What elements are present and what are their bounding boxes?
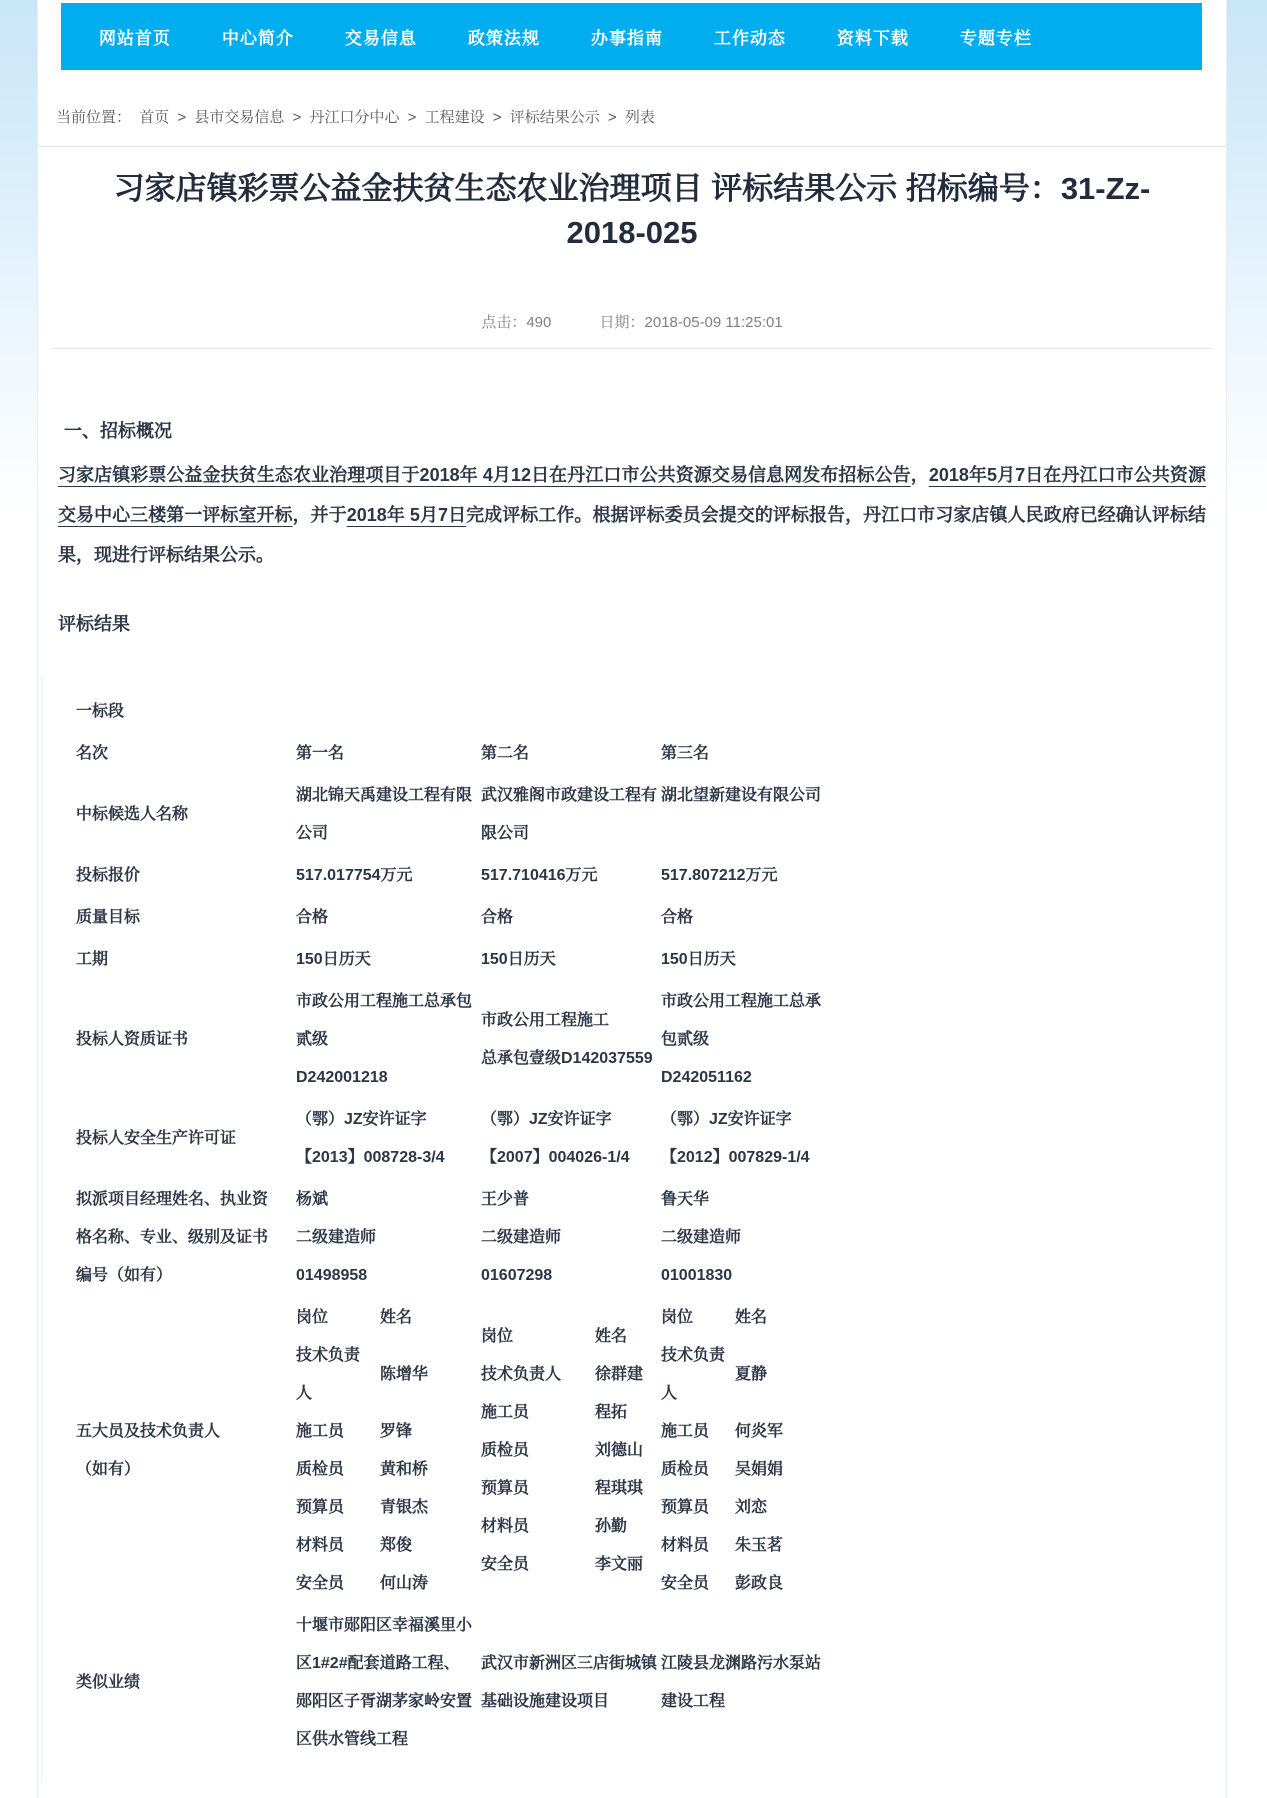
staff-column-1: 岗位 姓名 技术负责人 陈增华 施工员 罗锋 质检员 黄和桥 预算员 青银杰 <box>296 1299 481 1603</box>
staff-post: 质检员 <box>481 1432 579 1470</box>
staff-post-header: 岗位 <box>481 1318 579 1356</box>
tender-overview-paragraph: 习家店镇彩票公益金扶贫生态农业治理项目于2018年 4月12日在丹江口市公共资源… <box>58 455 1206 575</box>
manager-3: 鲁天华 二级建造师 01001830 <box>661 1181 1216 1295</box>
staff-post: 技术负责人 <box>661 1337 727 1413</box>
staff-post: 施工员 <box>661 1413 727 1451</box>
staff-header: 岗位 姓名 <box>661 1299 1216 1337</box>
paragraph-underlined-segment: 习家店镇彩票公益金扶贫生态农业治理项目于2018年 4月12日在丹江口市公共资源… <box>58 465 911 485</box>
staff-name: 吴娟娟 <box>735 1451 783 1489</box>
article-body: 一、招标概况 习家店镇彩票公益金扶贫生态农业治理项目于2018年 4月12日在丹… <box>38 417 1226 639</box>
staff-post-header: 岗位 <box>661 1299 727 1337</box>
table-row-safety-license: 投标人安全生产许可证 （鄂）JZ安许证字 【2013】008728-3/4 （鄂… <box>76 1101 1216 1177</box>
staff-row: 预算员 青银杰 <box>296 1489 481 1527</box>
staff-post: 材料员 <box>661 1527 727 1565</box>
nav-item-work-news[interactable]: 工作动态 <box>714 24 786 49</box>
staff-row: 施工员 程拓 <box>481 1394 661 1432</box>
page-title: 习家店镇彩票公益金扶贫生态农业治理项目 评标结果公示 招标编号：31-Zz-20… <box>102 167 1162 255</box>
staff-name: 徐群建 <box>595 1356 643 1394</box>
staff-name: 陈增华 <box>380 1356 428 1394</box>
breadcrumb-link-evaluation-results[interactable]: 评标结果公示 <box>510 109 600 126</box>
article-meta: 点击：490 日期：2018-05-09 11:25:01 <box>38 311 1226 332</box>
breadcrumb: 当前位置： 首页 > 县市交易信息 > 丹江口分中心 > 工程建设 > 评标结果… <box>38 70 1226 147</box>
section-label: 一标段 <box>76 693 296 731</box>
top-nav: 网站首页 中心简介 交易信息 政策法规 办事指南 工作动态 资料下载 专题专栏 <box>61 3 1202 70</box>
staff-row: 施工员 何炎军 <box>661 1413 1216 1451</box>
quality-3: 合格 <box>661 899 1216 937</box>
table-row-bid-price: 投标报价 517.017754万元 517.710416万元 517.80721… <box>76 857 1216 895</box>
staff-name: 青银杰 <box>380 1489 428 1527</box>
quality-2: 合格 <box>481 899 661 937</box>
staff-post: 安全员 <box>296 1565 366 1603</box>
qualification-1: 市政公用工程施工总承包 贰级 D242001218 <box>296 983 481 1097</box>
rank-second: 第二名 <box>481 735 661 773</box>
breadcrumb-separator: > <box>408 109 417 126</box>
staff-row: 材料员 朱玉茗 <box>661 1527 1216 1565</box>
quality-1: 合格 <box>296 899 481 937</box>
duration-1: 150日历天 <box>296 941 481 979</box>
staff-row: 安全员 何山涛 <box>296 1565 481 1603</box>
qualification-3: 市政公用工程施工总承 包贰级 D242051162 <box>661 983 1216 1097</box>
staff-row: 安全员 彭政良 <box>661 1565 1216 1603</box>
meta-divider <box>52 348 1212 349</box>
staff-name: 罗锋 <box>380 1413 412 1451</box>
staff-post: 技术负责人 <box>481 1356 579 1394</box>
row-label: 五大员及技术负责人 （如有） <box>76 1413 296 1489</box>
staff-row: 材料员 郑俊 <box>296 1527 481 1565</box>
staff-row: 质检员 黄和桥 <box>296 1451 481 1489</box>
row-label: 类似业绩 <box>76 1664 296 1702</box>
staff-post: 施工员 <box>481 1394 579 1432</box>
breadcrumb-link-list[interactable]: 列表 <box>625 109 655 126</box>
staff-post: 技术负责人 <box>296 1337 366 1413</box>
row-label: 拟派项目经理姓名、执业资 格名称、专业、级别及证书 编号（如有） <box>76 1181 296 1295</box>
bid-price-1: 517.017754万元 <box>296 857 481 895</box>
table-row-quality-target: 质量目标 合格 合格 合格 <box>76 899 1216 937</box>
staff-name-header: 姓名 <box>595 1318 627 1356</box>
bid-price-3: 517.807212万元 <box>661 857 1216 895</box>
safety-license-1: （鄂）JZ安许证字 【2013】008728-3/4 <box>296 1101 481 1177</box>
staff-post: 安全员 <box>481 1546 579 1584</box>
table-row-similar-performance: 类似业绩 十堰市郧阳区幸福溪里小 区1#2#配套道路工程、 郧阳区子胥湖茅家岭安… <box>76 1607 1216 1759</box>
nav-item-policies[interactable]: 政策法规 <box>468 24 540 49</box>
paragraph-text: ， <box>911 465 929 485</box>
nav-item-service-guide[interactable]: 办事指南 <box>591 24 663 49</box>
breadcrumb-separator: > <box>177 109 186 126</box>
manager-2: 王少普 二级建造师 01607298 <box>481 1181 661 1295</box>
candidate-3: 湖北望新建设有限公司 <box>661 777 1216 815</box>
staff-name: 李文丽 <box>595 1546 643 1584</box>
staff-name: 朱玉茗 <box>735 1527 783 1565</box>
meta-date: 日期：2018-05-09 11:25:01 <box>600 314 783 331</box>
safety-license-3: （鄂）JZ安许证字 【2012】007829-1/4 <box>661 1101 1216 1177</box>
nav-item-downloads[interactable]: 资料下载 <box>837 24 909 49</box>
staff-name: 刘恋 <box>735 1489 767 1527</box>
staff-name: 彭政良 <box>735 1565 783 1603</box>
staff-name: 刘德山 <box>595 1432 643 1470</box>
performance-2: 武汉市新洲区三店街城镇 基础设施建设项目 <box>481 1645 661 1721</box>
staff-post: 材料员 <box>481 1508 579 1546</box>
staff-row: 预算员 刘恋 <box>661 1489 1216 1527</box>
breadcrumb-prefix: 当前位置： <box>56 109 131 126</box>
staff-post: 预算员 <box>296 1489 366 1527</box>
row-label: 名次 <box>76 735 296 773</box>
staff-row: 技术负责人 陈增华 <box>296 1337 481 1413</box>
performance-1: 十堰市郧阳区幸福溪里小 区1#2#配套道路工程、 郧阳区子胥湖茅家岭安置 区供水… <box>296 1607 481 1759</box>
nav-item-home[interactable]: 网站首页 <box>99 24 171 49</box>
paragraph-underlined-segment: 2018年 5月7日 <box>347 505 466 525</box>
nav-item-center-intro[interactable]: 中心简介 <box>222 24 294 49</box>
nav-item-trade-info[interactable]: 交易信息 <box>345 24 417 49</box>
nav-item-special-columns[interactable]: 专题专栏 <box>960 24 1032 49</box>
staff-post: 质检员 <box>296 1451 366 1489</box>
staff-post: 预算员 <box>481 1470 579 1508</box>
manager-1: 杨斌 二级建造师 01498958 <box>296 1181 481 1295</box>
staff-column-3: 岗位 姓名 技术负责人 夏静 施工员 何炎军 质检员 吴娟娟 预算员 刘恋 <box>661 1299 1216 1603</box>
row-label: 投标人安全生产许可证 <box>76 1120 296 1158</box>
candidate-2: 武汉雅阁市政建设工程有 限公司 <box>481 777 661 853</box>
staff-post: 质检员 <box>661 1451 727 1489</box>
staff-name: 黄和桥 <box>380 1451 428 1489</box>
staff-name-header: 姓名 <box>735 1299 767 1337</box>
staff-row: 技术负责人 夏静 <box>661 1337 1216 1413</box>
rank-third: 第三名 <box>661 735 1216 773</box>
row-label: 中标候选人名称 <box>76 796 296 834</box>
staff-name: 程拓 <box>595 1394 627 1432</box>
staff-row: 质检员 吴娟娟 <box>661 1451 1216 1489</box>
row-label: 投标人资质证书 <box>76 1021 296 1059</box>
section-heading-overview: 一、招标概况 <box>58 417 1206 445</box>
staff-name: 郑俊 <box>380 1527 412 1565</box>
staff-row: 技术负责人 徐群建 <box>481 1356 661 1394</box>
results-table: 一标段 名次 第一名 第二名 第三名 中标候选人名称 湖北锦天禹建设工程有限 公… <box>41 677 1226 1783</box>
breadcrumb-separator: > <box>608 109 617 126</box>
breadcrumb-link-danjiangkou-branch[interactable]: 丹江口分中心 <box>309 109 399 126</box>
row-label: 质量目标 <box>76 899 296 937</box>
staff-post: 材料员 <box>296 1527 366 1565</box>
staff-post: 施工员 <box>296 1413 366 1451</box>
staff-header: 岗位 姓名 <box>296 1299 481 1337</box>
staff-name-header: 姓名 <box>380 1299 412 1337</box>
staff-column-2: 岗位 姓名 技术负责人 徐群建 施工员 程拓 质检员 刘德山 预算员 程琪琪 <box>481 1318 661 1584</box>
table-row-project-manager: 拟派项目经理姓名、执业资 格名称、专业、级别及证书 编号（如有） 杨斌 二级建造… <box>76 1181 1216 1295</box>
staff-post-header: 岗位 <box>296 1299 366 1337</box>
qualification-2: 市政公用工程施工 总承包壹级D142037559 <box>481 1002 661 1078</box>
performance-3: 江陵县龙渊路污水泵站 建设工程 <box>661 1645 1216 1721</box>
rank-first: 第一名 <box>296 735 481 773</box>
table-row-key-staff: 五大员及技术负责人 （如有） 岗位 姓名 技术负责人 陈增华 施工员 罗锋 质检… <box>76 1299 1216 1603</box>
safety-license-2: （鄂）JZ安许证字 【2007】004026-1/4 <box>481 1101 661 1177</box>
paragraph-text: ，并于 <box>293 505 347 525</box>
staff-row: 质检员 刘德山 <box>481 1432 661 1470</box>
breadcrumb-separator: > <box>293 109 302 126</box>
staff-post: 安全员 <box>661 1565 727 1603</box>
staff-row: 预算员 程琪琪 <box>481 1470 661 1508</box>
staff-name: 何炎军 <box>735 1413 783 1451</box>
meta-clicks: 点击：490 <box>481 314 551 331</box>
staff-header: 岗位 姓名 <box>481 1318 661 1356</box>
staff-name: 程琪琪 <box>595 1470 643 1508</box>
candidate-1: 湖北锦天禹建设工程有限 公司 <box>296 777 481 853</box>
breadcrumb-link-county-trade-info[interactable]: 县市交易信息 <box>194 109 284 126</box>
table-row-qualification-cert: 投标人资质证书 市政公用工程施工总承包 贰级 D242001218 市政公用工程… <box>76 983 1216 1097</box>
duration-3: 150日历天 <box>661 941 1216 979</box>
staff-row: 施工员 罗锋 <box>296 1413 481 1451</box>
staff-row: 材料员 孙勤 <box>481 1508 661 1546</box>
row-label: 工期 <box>76 941 296 979</box>
content-panel: 网站首页 中心简介 交易信息 政策法规 办事指南 工作动态 资料下载 专题专栏 … <box>37 0 1227 1798</box>
staff-post: 预算员 <box>661 1489 727 1527</box>
table-row-section: 一标段 <box>76 693 1216 731</box>
results-heading: 评标结果 <box>58 609 1206 639</box>
table-row-candidate-name: 中标候选人名称 湖北锦天禹建设工程有限 公司 武汉雅阁市政建设工程有 限公司 湖… <box>76 777 1216 853</box>
row-label: 投标报价 <box>76 857 296 895</box>
staff-name: 孙勤 <box>595 1508 627 1546</box>
breadcrumb-link-engineering[interactable]: 工程建设 <box>425 109 485 126</box>
staff-row: 安全员 李文丽 <box>481 1546 661 1584</box>
duration-2: 150日历天 <box>481 941 661 979</box>
table-row-rank: 名次 第一名 第二名 第三名 <box>76 735 1216 773</box>
bid-price-2: 517.710416万元 <box>481 857 661 895</box>
table-row-duration: 工期 150日历天 150日历天 150日历天 <box>76 941 1216 979</box>
breadcrumb-separator: > <box>493 109 502 126</box>
staff-name: 夏静 <box>735 1356 767 1394</box>
breadcrumb-link-home[interactable]: 首页 <box>139 109 169 126</box>
staff-name: 何山涛 <box>380 1565 428 1603</box>
